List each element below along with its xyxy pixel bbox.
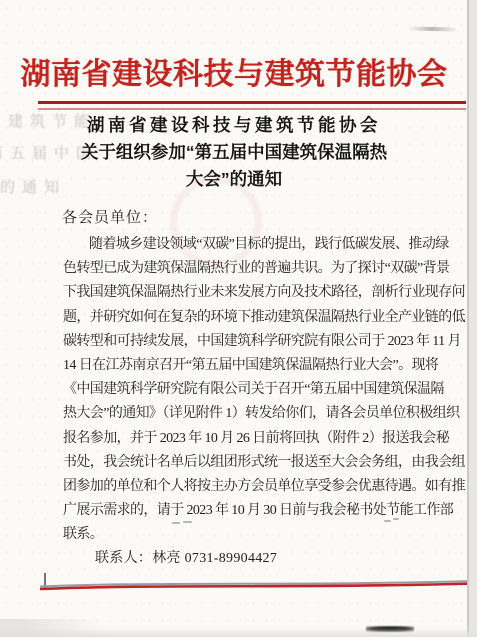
- pencil-streak-mark: [408, 26, 456, 31]
- body-line: 下我国建筑保温隔热行业未来发展方向及技术路径，剖析行业现存问: [63, 281, 438, 305]
- stray-dash-mark: [384, 520, 391, 522]
- contact-line: 联系人：林亮 0731-89904427: [95, 547, 277, 567]
- document-title-line: 关于组织参加“第五届中国建筑保温隔热: [0, 139, 468, 166]
- body-paragraph: 随着城乡建设领域“双碳”目标的提出，践行低碳发展、推动绿色转型已成为建筑保温隔热…: [63, 233, 438, 548]
- letterhead-title: 湖南省建设科技与建筑节能协会: [0, 49, 468, 93]
- letterhead-divider-rule: [38, 101, 466, 110]
- stray-dash-mark: [183, 521, 192, 523]
- body-line: 《中国建筑科学研究院有限公司关于召开“第五届中国建筑保温隔: [63, 378, 438, 402]
- scan-edge-bottom: [0, 628, 477, 637]
- salutation: 各会员单位：: [62, 206, 158, 227]
- document-title-line: 湖南省建设科技与建筑节能协会: [0, 112, 468, 139]
- body-line: 碳转型和可持续发展，中国建筑科学研究院有限公司于 2023 年 11 月: [63, 330, 438, 354]
- scanned-notice-document: 与建筑节能 第五届中国 的通知 湖南省建设科技与建筑节能协会 湖南省建设科技与建…: [0, 0, 477, 637]
- body-line: 报名参加，并于 2023 年 10 月 26 日前将回执（附件 2）报送我会秘: [63, 427, 438, 451]
- body-line: 广展示需求的，请于 2023 年 10 月 30 日前与我会秘书处节能工作部: [63, 499, 438, 523]
- body-line: 随着城乡建设领域“双碳”目标的提出，践行低碳发展、推动绿: [63, 233, 438, 257]
- document-title-line: 大会”的通知: [0, 166, 468, 193]
- body-line: 联系。: [63, 523, 438, 547]
- stray-dash-mark: [172, 522, 180, 524]
- body-line: 书处，我会统计名单后以组团形式统一报送至大会会务组，由我会组: [63, 451, 438, 475]
- stray-dash-mark: [393, 518, 399, 520]
- body-line: 热大会”的通知》（详见附件 1）转发给你们，请各会员单位积极组织: [63, 402, 438, 426]
- document-title: 湖南省建设科技与建筑节能协会关于组织参加“第五届中国建筑保温隔热大会”的通知: [0, 112, 468, 193]
- bottom-scan-rule: [40, 578, 477, 592]
- body-line: 色转型已成为建筑保温隔热行业的普遍共识。为了探讨“双碳”背景: [63, 257, 438, 281]
- body-line: 团参加的单位和个人将按主办方会员单位享受参会优惠待遇。如有推: [63, 475, 438, 499]
- body-line: 题，并研究如何在复杂的环境下推动建筑保温隔热行业全产业链的低: [63, 306, 438, 330]
- scan-edge-right: [467, 0, 477, 637]
- body-line: 14 日在江苏南京召开“第五届中国建筑保温隔热行业大会”。现将: [63, 354, 438, 378]
